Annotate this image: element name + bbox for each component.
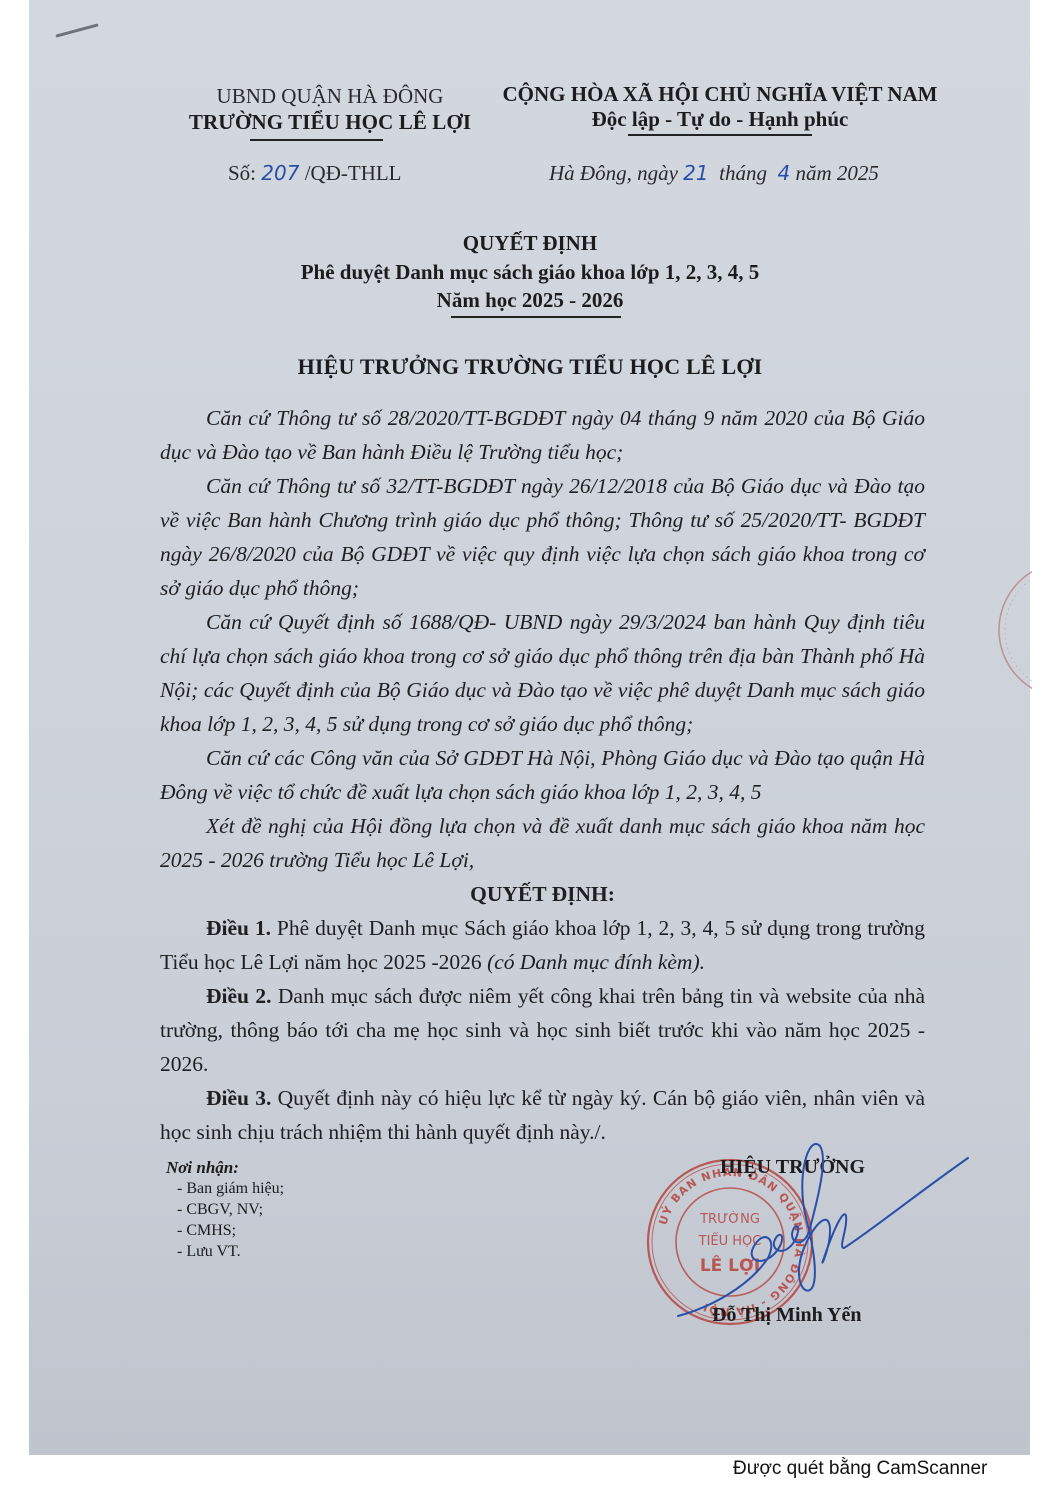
- doc-number-suffix: /QĐ-THLL: [299, 161, 401, 185]
- school-name: TRƯỜNG TIỂU HỌC LÊ LỢI: [160, 110, 500, 135]
- article-title: Điều 2.: [206, 984, 272, 1008]
- article-text: Quyết định này có hiệu lực kể từ ngày ký…: [160, 1086, 925, 1144]
- recipients-label: Nơi nhận:: [166, 1157, 284, 1178]
- recipient-item: - Ban giám hiệu;: [166, 1178, 284, 1199]
- issue-date: Hà Đông, ngày 21 tháng 4 năm 2025: [549, 161, 879, 186]
- seal-fragment-icon: [992, 560, 1032, 700]
- legal-basis: Xét đề nghị của Hội đồng lựa chọn và đề …: [160, 809, 925, 877]
- legal-basis: Căn cứ Thông tư số 32/TT-BGDĐT ngày 26/1…: [160, 469, 925, 605]
- document-subtitle: Phê duyệt Danh mục sách giáo khoa lớp 1,…: [0, 260, 1060, 285]
- document-number: Số: 207 /QĐ-THLL: [228, 161, 402, 186]
- motto-underline: [628, 134, 812, 136]
- document-body: Căn cứ Thông tư số 28/2020/TT-BGDĐT ngày…: [160, 401, 925, 1149]
- scanner-credit: Được quét bằng CamScanner: [733, 1458, 987, 1480]
- date-year: năm 2025: [790, 161, 879, 185]
- recipients-block: Nơi nhận: - Ban giám hiệu; - CBGV, NV; -…: [166, 1157, 284, 1262]
- article-2: Điều 2. Danh mục sách được niêm yết công…: [160, 979, 925, 1081]
- date-place: Hà Đông, ngày: [549, 161, 683, 185]
- legal-basis: Căn cứ các Công văn của Sở GDĐT Hà Nội, …: [160, 741, 925, 809]
- legal-basis: Căn cứ Thông tư số 28/2020/TT-BGDĐT ngày…: [160, 401, 925, 469]
- school-year-underline: [451, 316, 621, 318]
- article-note: (có Danh mục đính kèm).: [487, 950, 705, 974]
- recipient-item: - Lưu VT.: [166, 1241, 284, 1262]
- national-motto: Độc lập - Tự do - Hạnh phúc: [490, 107, 950, 132]
- date-month-handwritten: 4: [777, 161, 790, 185]
- issuing-authority: HIỆU TRƯỞNG TRƯỜNG TIỂU HỌC LÊ LỢI: [0, 354, 1060, 380]
- date-month-label: tháng: [709, 161, 778, 185]
- recipient-item: - CMHS;: [166, 1220, 284, 1241]
- national-title: CỘNG HÒA XÃ HỘI CHỦ NGHĨA VIỆT NAM: [490, 82, 950, 107]
- parent-organization: UBND QUẬN HÀ ĐÔNG: [160, 84, 500, 109]
- date-day-handwritten: 21: [683, 161, 708, 185]
- recipient-item: - CBGV, NV;: [166, 1199, 284, 1220]
- article-title: Điều 3.: [206, 1086, 271, 1110]
- decision-label: QUYẾT ĐỊNH:: [160, 877, 925, 911]
- article-title: Điều 1.: [206, 916, 271, 940]
- handwritten-signature-icon: [668, 1138, 978, 1318]
- doc-number-handwritten: 207: [261, 161, 299, 185]
- article-1: Điều 1. Phê duyệt Danh mục Sách giáo kho…: [160, 911, 925, 979]
- document-title: QUYẾT ĐỊNH: [0, 231, 1060, 256]
- legal-basis: Căn cứ Quyết định số 1688/QĐ- UBND ngày …: [160, 605, 925, 741]
- doc-number-prefix: Số:: [228, 161, 261, 185]
- school-name-underline: [250, 139, 383, 141]
- article-text: Danh mục sách được niêm yết công khai tr…: [160, 984, 925, 1076]
- school-year: Năm học 2025 - 2026: [0, 288, 1060, 313]
